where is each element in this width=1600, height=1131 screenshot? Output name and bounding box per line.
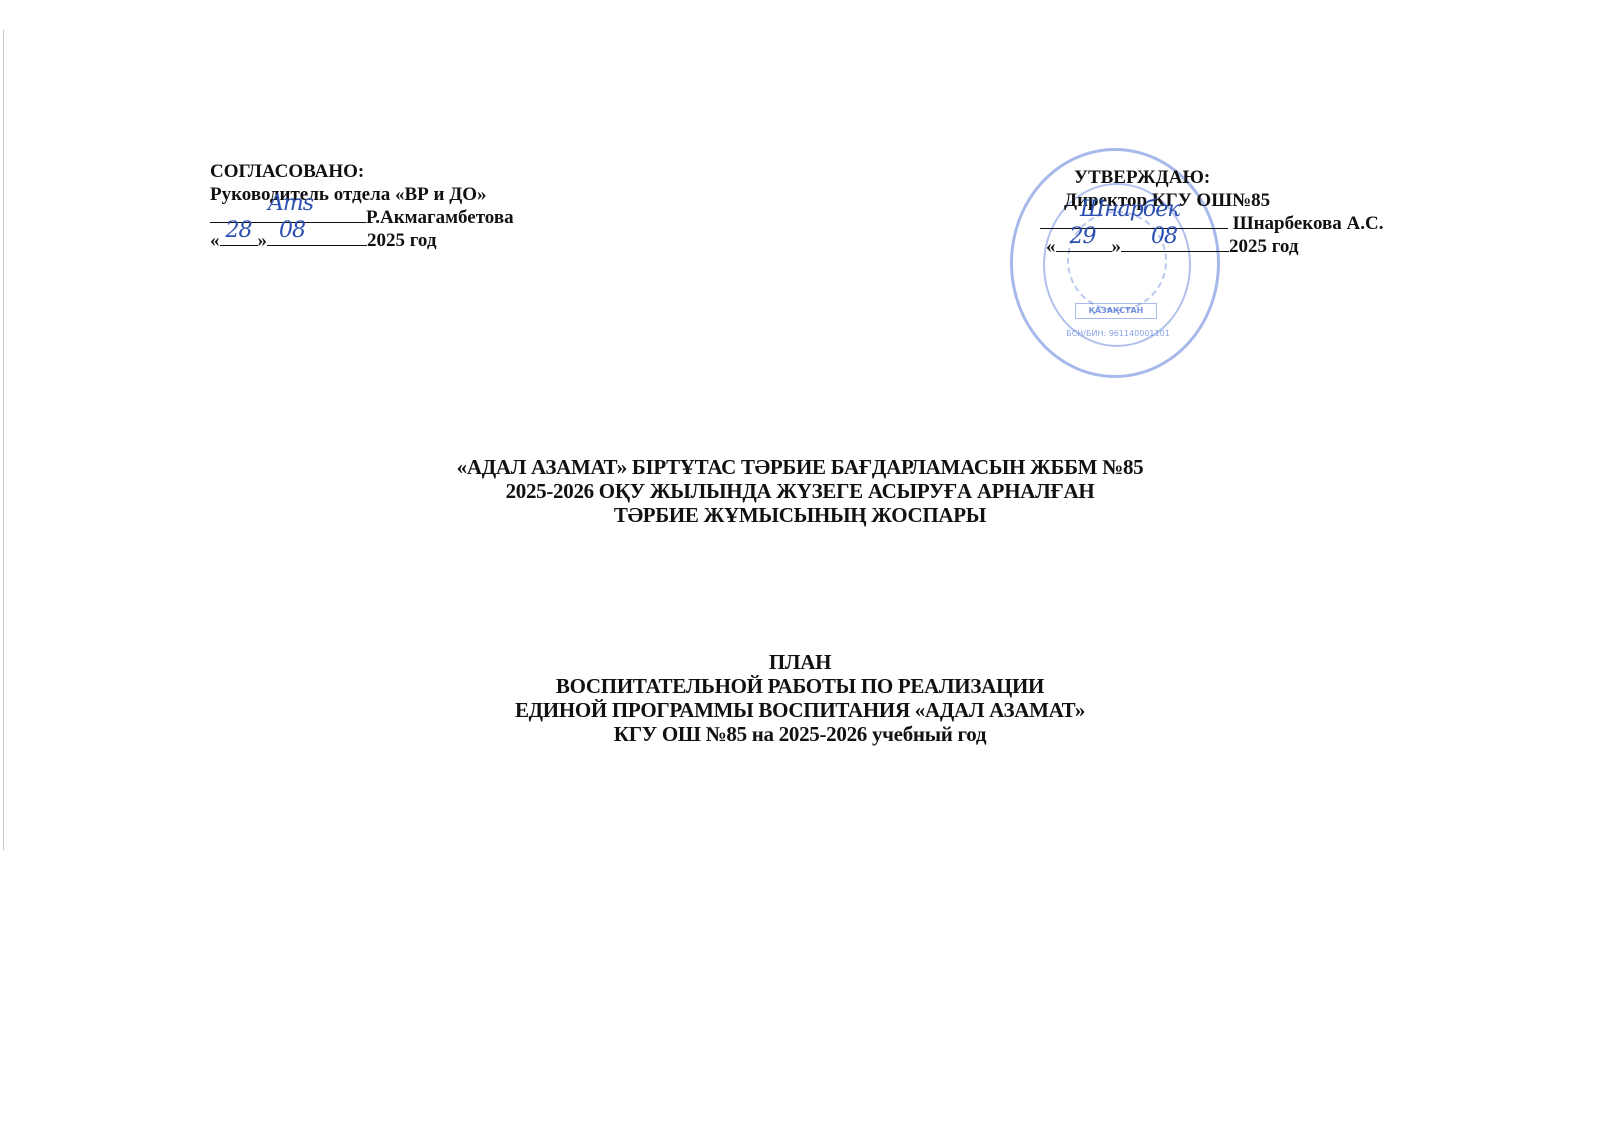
title-russian-line: ВОСПИТАТЕЛЬНОЙ РАБОТЫ ПО РЕАЛИЗАЦИИ (0, 674, 1600, 698)
title-russian-line: КГУ ОШ №85 на 2025-2026 учебный год (0, 722, 1600, 746)
approval-agreed-block: СОГЛАСОВАНО: Руководитель отдела «ВР и Д… (210, 160, 514, 252)
day-blank: 28 (220, 229, 258, 246)
month-blank: 08 (1121, 235, 1229, 252)
approved-signer: Шнарбекова А.С. (1233, 213, 1384, 234)
title-russian-line: ЕДИНОЙ ПРОГРАММЫ ВОСПИТАНИЯ «АДАЛ АЗАМАТ… (0, 698, 1600, 722)
quote-close: » (258, 230, 268, 251)
agreed-position: Руководитель отдела «ВР и ДО» (210, 183, 514, 206)
signature-blank: Шнарбек (1040, 212, 1228, 229)
title-kazakh-line: 2025-2026 ОҚУ ЖЫЛЫНДА ЖҮЗЕГЕ АСЫРУҒА АРН… (0, 479, 1600, 503)
title-kazakh: «АДАЛ АЗАМАТ» БІРТҰТАС ТӘРБИЕ БАҒДАРЛАМА… (0, 455, 1600, 527)
agreed-date-line: «28»082025 год (210, 229, 514, 252)
quote-open: « (210, 230, 220, 251)
stamp-bin: БСН/БИН: 961140001101 (1053, 329, 1183, 338)
agreed-signer: Р.Акмагамбетова (366, 207, 514, 228)
handwritten-day: 28 (226, 219, 252, 242)
agreed-signature-line: Ams Р.Акмагамбетова (210, 206, 514, 229)
approval-approved-block: УТВЕРЖДАЮ: Директор КГУ ОШ№85 Шнарбек Шн… (1040, 166, 1384, 258)
month-blank: 08 (267, 229, 367, 246)
handwritten-signature: Шнарбек (1080, 198, 1179, 221)
day-blank: 29 (1056, 235, 1112, 252)
title-russian-line: ПЛАН (0, 650, 1600, 674)
agreed-year: 2025 год (367, 230, 436, 251)
approved-heading: УТВЕРЖДАЮ: (1074, 166, 1418, 189)
quote-open: « (1046, 236, 1056, 257)
quote-close: » (1112, 236, 1122, 257)
approved-date-line: «29»082025 год (1046, 235, 1390, 258)
handwritten-day: 29 (1070, 225, 1096, 248)
stamp-emblem-label: ҚАЗАҚСТАН (1075, 303, 1157, 319)
title-kazakh-line: ТӘРБИЕ ЖҰМЫСЫНЫҢ ЖОСПАРЫ (0, 503, 1600, 527)
handwritten-signature: Ams (268, 192, 313, 215)
handwritten-month: 08 (279, 219, 305, 242)
title-russian: ПЛАН ВОСПИТАТЕЛЬНОЙ РАБОТЫ ПО РЕАЛИЗАЦИИ… (0, 650, 1600, 746)
handwritten-month: 08 (1151, 225, 1177, 248)
title-kazakh-line: «АДАЛ АЗАМАТ» БІРТҰТАС ТӘРБИЕ БАҒДАРЛАМА… (0, 455, 1600, 479)
approved-year: 2025 год (1229, 236, 1298, 257)
agreed-heading: СОГЛАСОВАНО: (210, 160, 514, 183)
